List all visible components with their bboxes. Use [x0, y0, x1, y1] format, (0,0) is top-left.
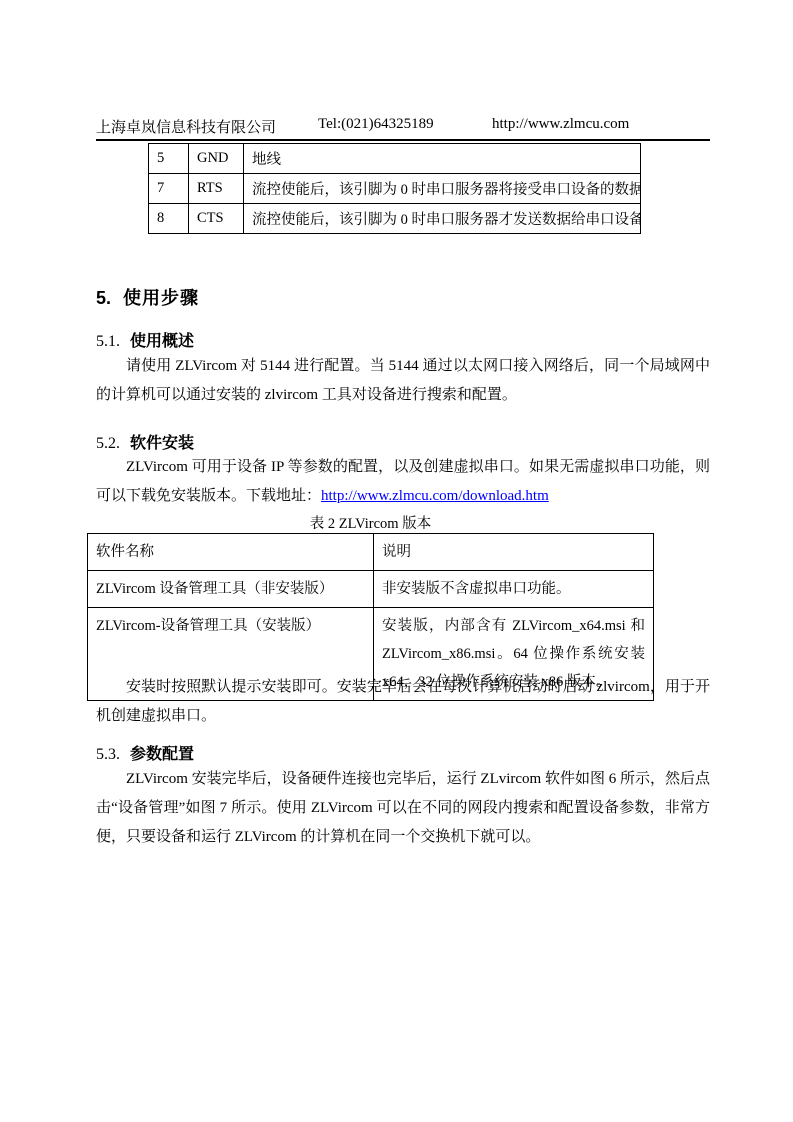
- software-name-cell: ZLVircom 设备管理工具（非安装版）: [88, 571, 374, 608]
- pin-number-cell: 7: [149, 174, 189, 204]
- software-desc-cell: 非安装版不含虚拟串口功能。: [374, 571, 654, 608]
- paragraph-parameter-config: ZLVircom 安装完毕后，设备硬件连接也完毕后，运行 ZLvircom 软件…: [96, 765, 710, 852]
- pin-number-cell: 5: [149, 144, 189, 174]
- section-number: 5.1.: [96, 333, 120, 350]
- version-table-caption: 表 2 ZLVircom 版本: [87, 512, 654, 533]
- header-divider-rule: [96, 139, 710, 141]
- version-table-header-desc: 说明: [374, 534, 654, 571]
- pin-table-row: 8 CTS 流控使能后，该引脚为 0 时串口服务器才发送数据给串口设备: [149, 204, 641, 234]
- pin-table-row: 7 RTS 流控使能后，该引脚为 0 时串口服务器将接受串口设备的数据。: [149, 174, 641, 204]
- section-title: 软件安装: [130, 435, 194, 452]
- pin-table-row: 5 GND 地线: [149, 144, 641, 174]
- section-number: 5.2.: [96, 435, 120, 452]
- section-heading-5: 5.使用步骤: [96, 284, 199, 310]
- pin-name-cell: CTS: [189, 204, 244, 234]
- pin-name-cell: RTS: [189, 174, 244, 204]
- section-heading-5-3: 5.3.参数配置: [96, 741, 194, 764]
- header-telephone: Tel:(021)64325189: [318, 116, 434, 133]
- version-table-row: ZLVircom 设备管理工具（非安装版） 非安装版不含虚拟串口功能。: [88, 571, 654, 608]
- pin-desc-cell: 流控使能后，该引脚为 0 时串口服务器才发送数据给串口设备: [244, 204, 641, 234]
- section-title: 参数配置: [130, 746, 194, 763]
- pin-name-cell: GND: [189, 144, 244, 174]
- header-website: http://www.zlmcu.com: [492, 116, 629, 133]
- header-company-name: 上海卓岚信息科技有限公司: [96, 116, 276, 137]
- section-heading-5-1: 5.1.使用概述: [96, 328, 194, 351]
- section-title: 使用步骤: [123, 288, 199, 308]
- section-heading-5-2: 5.2.软件安装: [96, 430, 194, 453]
- section-number: 5.: [96, 288, 111, 308]
- paragraph-usage-overview: 请使用 ZLVircom 对 5144 进行配置。当 5144 通过以太网口接入…: [96, 352, 710, 410]
- paragraph-install-note: 安装时按照默认提示安装即可。安装完毕后会在每次计算机启动时启动 zlvircom…: [96, 673, 710, 731]
- version-table-header-name: 软件名称: [88, 534, 374, 571]
- download-link[interactable]: http://www.zlmcu.com/download.htm: [321, 488, 549, 504]
- version-table-header-row: 软件名称 说明: [88, 534, 654, 571]
- paragraph-software-install: ZLVircom 可用于设备 IP 等参数的配置，以及创建虚拟串口。如果无需虚拟…: [96, 453, 710, 511]
- section-number: 5.3.: [96, 746, 120, 763]
- pin-desc-cell: 地线: [244, 144, 641, 174]
- pin-table: 5 GND 地线 7 RTS 流控使能后，该引脚为 0 时串口服务器将接受串口设…: [148, 143, 641, 234]
- document-page: 上海卓岚信息科技有限公司 Tel:(021)64325189 http://ww…: [0, 0, 793, 1122]
- pin-desc-cell: 流控使能后，该引脚为 0 时串口服务器将接受串口设备的数据。: [244, 174, 641, 204]
- section-title: 使用概述: [130, 333, 194, 350]
- pin-number-cell: 8: [149, 204, 189, 234]
